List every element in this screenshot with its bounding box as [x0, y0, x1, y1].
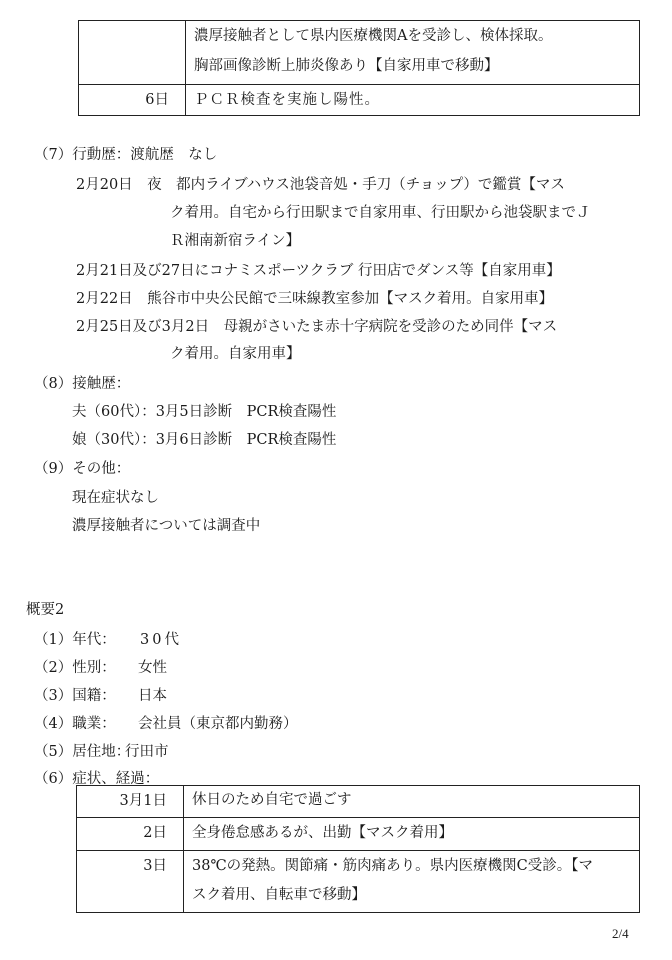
field-residence-label: （5）居住地：: [34, 740, 130, 761]
description-cell: ＰＣＲ検査を実施し陽性。: [186, 85, 640, 116]
description-cell: 休日のため自宅で過ごす: [184, 786, 640, 818]
table-row: 6日 ＰＣＲ検査を実施し陽性。: [79, 85, 640, 116]
contact-item-daughter: 娘（30代）：3月6日診断 PCR検査陽性: [72, 428, 336, 449]
table-row: 3月1日 休日のため自宅で過ごす: [77, 786, 640, 818]
case2-timeline-table: 3月1日 休日のため自宅で過ごす 2日 全身倦怠感あるが、出勤【マスク着用】 3…: [76, 785, 640, 913]
description-line: 全身倦怠感あるが、出勤【マスク着用】: [192, 818, 639, 850]
field-occupation-label: （4）職業：: [34, 712, 116, 733]
date-cell: [79, 21, 186, 85]
description-line: 胸部画像診断上肺炎像あり【自家用車で移動】: [194, 51, 639, 84]
section-9-heading: （9）その他：: [34, 457, 130, 478]
activity-entry-4-line-2: ク着用。自家用車】: [170, 342, 301, 363]
description-cell: 濃厚接触者として県内医療機関Aを受診し、検体採取。 胸部画像診断上肺炎像あり【自…: [186, 21, 640, 85]
activity-entry-1-line-3: Ｒ湘南新宿ライン】: [170, 229, 300, 250]
date-cell: 3月1日: [77, 786, 184, 818]
activity-entry-1-line-2: ク着用。自宅から行田駅まで自家用車、行田駅から池袋駅までＪ: [170, 201, 591, 222]
description-line: ＰＣＲ検査を実施し陽性。: [194, 85, 639, 115]
date-cell: 2日: [77, 818, 184, 851]
description-line: 濃厚接触者として県内医療機関Aを受診し、検体採取。: [194, 21, 639, 51]
section-7-heading: （7）行動歴：渡航歴 なし: [34, 143, 217, 164]
field-sex-label: （2）性別：: [34, 656, 116, 677]
description-line: 休日のため自宅で過ごす: [192, 786, 639, 817]
activity-entry-1-line-1: 2月20日 夜 都内ライブハウス池袋音処・手刀（チョップ）で鑑賞【マス: [76, 173, 565, 194]
table-row: 3日 38℃の発熱。関節痛・筋肉痛あり。県内医療機関C受診。【マ スク着用、自転…: [77, 851, 640, 913]
field-sex-value: 女性: [138, 656, 167, 677]
date-cell: 3日: [77, 851, 184, 913]
description-cell: 全身倦怠感あるが、出勤【マスク着用】: [184, 818, 640, 851]
page-number: 2/4: [612, 926, 629, 942]
table-row: 2日 全身倦怠感あるが、出勤【マスク着用】: [77, 818, 640, 851]
date-cell: 6日: [79, 85, 186, 116]
description-line: 38℃の発熱。関節痛・筋肉痛あり。県内医療機関C受診。【マ: [192, 851, 639, 881]
activity-entry-2: 2月21日及び27日にコナミスポーツクラブ 行田店でダンス等【自家用車】: [76, 259, 561, 280]
field-age-value: 30代: [140, 628, 182, 649]
field-nationality-value: 日本: [138, 684, 167, 705]
table-row: 濃厚接触者として県内医療機関Aを受診し、検体採取。 胸部画像診断上肺炎像あり【自…: [79, 21, 640, 85]
case1-timeline-table: 濃厚接触者として県内医療機関Aを受診し、検体採取。 胸部画像診断上肺炎像あり【自…: [78, 20, 640, 116]
field-occupation-value: 会社員（東京都内勤務）: [138, 712, 298, 733]
description-line: スク着用、自転車で移動】: [192, 881, 639, 912]
field-age-label: （1）年代：: [34, 628, 116, 649]
case-2-title: 概要2: [26, 598, 64, 619]
contact-item-husband: 夫（60代）：3月5日診断 PCR検査陽性: [72, 400, 336, 421]
field-residence-value: 行田市: [125, 740, 169, 761]
activity-entry-3: 2月22日 熊谷市中央公民館で三味線教室参加【マスク着用。自家用車】: [76, 287, 553, 308]
field-nationality-label: （3）国籍：: [34, 684, 116, 705]
section-8-heading: （8）接触歴：: [34, 372, 130, 393]
activity-entry-4-line-1: 2月25日及び3月2日 母親がさいたま赤十字病院を受診のため同伴【マス: [76, 315, 557, 336]
other-item-2: 濃厚接触者については調査中: [72, 514, 260, 535]
description-cell: 38℃の発熱。関節痛・筋肉痛あり。県内医療機関C受診。【マ スク着用、自転車で移…: [184, 851, 640, 913]
other-item-1: 現在症状なし: [72, 486, 159, 507]
